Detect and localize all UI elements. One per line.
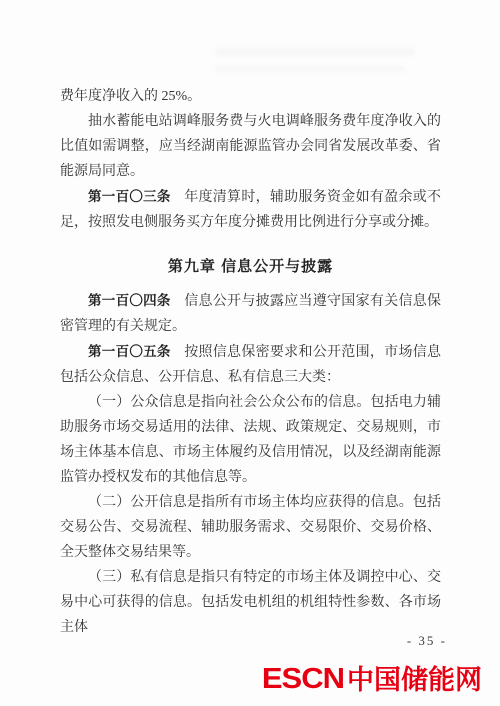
article-number: 第一百〇三条 <box>88 189 171 204</box>
paragraph-continuation: 费年度净收入的 25%。 <box>60 84 441 109</box>
document-page: 费年度净收入的 25%。 抽水蓄能电站调峰服务费与火电调峰服务费年度净收入的比值… <box>0 0 500 706</box>
escn-logo: ESCN中国储能网 <box>262 659 482 705</box>
scan-ghosting-artifact <box>215 48 415 56</box>
paragraph-item-1: （一）公众信息是指向社会公众公布的信息。包括电力辅助服务市场交易适用的法律、法规… <box>60 390 441 490</box>
paragraph-item-2: （二）公开信息是指所有市场主体均应获得的信息。包括交易公告、交易流程、辅助服务需… <box>60 490 441 565</box>
document-body: 费年度净收入的 25%。 抽水蓄能电站调峰服务费与火电调峰服务费年度净收入的比值… <box>60 84 441 640</box>
escn-logo-latin: ESCN <box>262 661 344 698</box>
article-number: 第一百〇四条 <box>88 293 171 308</box>
paragraph-article-105: 第一百〇五条按照信息保密要求和公开范围，市场信息包括公众信息、公开信息、私有信息… <box>60 339 441 390</box>
paragraph-article-103: 第一百〇三条年度清算时，辅助服务资金如有盈余或不足，按照发电侧服务买方年度分摊费… <box>60 184 441 235</box>
page-number: - 35 - <box>407 633 447 649</box>
paragraph-item-3: （三）私有信息是指只有特定的市场主体及调控中心、交易中心可获得的信息。包括发电机… <box>60 565 441 640</box>
paragraph: 抽水蓄能电站调峰服务费与火电调峰服务费年度净收入的比值如需调整，应当经湖南能源监… <box>60 109 441 184</box>
escn-logo-chinese: 中国储能网 <box>347 660 482 700</box>
article-number: 第一百〇五条 <box>88 344 171 359</box>
paragraph-article-104: 第一百〇四条信息公开与披露应当遵守国家有关信息保密管理的有关规定。 <box>60 288 441 339</box>
scan-ghosting-artifact <box>215 66 405 72</box>
chapter-heading: 第九章 信息公开与披露 <box>60 254 441 279</box>
